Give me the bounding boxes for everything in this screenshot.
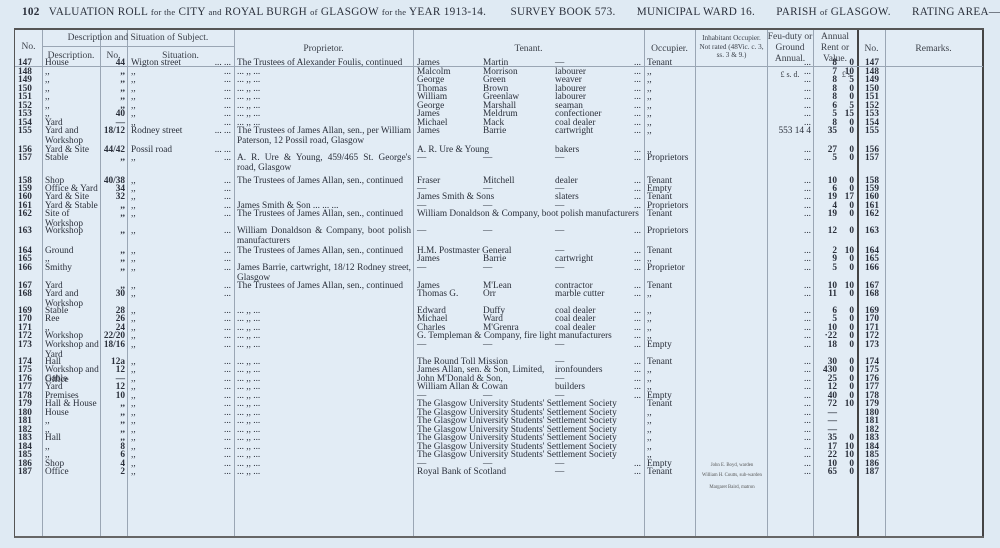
col-desc-group: Description and Situation of Subject. (42, 33, 234, 44)
cell-occ: Proprietor (647, 264, 694, 274)
cell-rent-s: 0 (837, 227, 854, 237)
cell-td: ... (621, 341, 641, 351)
cell-prop: A. R. Ure & Young, 459/465 St. George's … (237, 154, 411, 173)
col-no: No. (15, 42, 42, 53)
cell-no: 163 (18, 227, 40, 237)
cell-td: ... (621, 468, 641, 478)
cell-no: 155 (18, 127, 40, 137)
divider (695, 30, 696, 536)
cell-feu: ... (769, 227, 811, 237)
cell-no2: 157 (860, 154, 884, 164)
cell-td: ... (621, 127, 641, 137)
cell-feu: ... (769, 210, 811, 220)
cell-num: ,, (100, 227, 125, 237)
cell-no: 157 (18, 154, 40, 164)
cell-no2: 163 (860, 227, 884, 237)
divider (42, 30, 43, 536)
municipal-ward: MUNICIPAL WARD 16. (637, 6, 755, 18)
cell-occ: ,, (647, 290, 694, 300)
cell-feu: 553 14 4 (769, 127, 811, 137)
roll-title: VALUATION ROLL for the CITY and ROYAL BU… (49, 6, 490, 18)
cell-t2: — (483, 264, 543, 274)
cell-rent-s: 10 (837, 400, 854, 410)
col-proprietor: Proprietor. (234, 44, 413, 55)
cell-no2: 155 (860, 127, 884, 137)
divider (127, 30, 128, 536)
col-no2: No. (858, 44, 885, 55)
cell-sitd: ... (185, 210, 231, 220)
cell-rent-l: 11 (815, 290, 837, 300)
cell-feu: ... (769, 290, 811, 300)
cell-no: 173 (18, 341, 40, 351)
cell-rent-l: 18 (815, 341, 837, 351)
cell-num: ,, (100, 154, 125, 164)
divider (857, 30, 859, 536)
col-remarks: Remarks. (885, 44, 982, 55)
col-inhabitant: Inhabitant Occupier. Not rated (48Vic. c… (696, 34, 767, 60)
cell-feu: ... (769, 341, 811, 351)
page-header: 102 VALUATION ROLL for the CITY and ROYA… (22, 6, 1000, 18)
cell-rent-l: 65 (815, 468, 837, 478)
cell-no: 166 (18, 264, 40, 274)
cell-no: 162 (18, 210, 40, 220)
cell-no2: 162 (860, 210, 884, 220)
divider (767, 30, 768, 536)
cell-rent-s: 0 (837, 127, 854, 137)
cell-t2: Barrie (483, 127, 543, 137)
cell-sitd: ... (185, 290, 231, 300)
cell-no: 168 (18, 290, 40, 300)
cell-prop: The Trustees of James Allan, sen., conti… (237, 177, 411, 187)
cell-num: 18/16 (100, 341, 125, 351)
cell-sitd: ... (185, 264, 231, 274)
cell-td: ... (621, 227, 641, 237)
cell-no2: 168 (860, 290, 884, 300)
cell-num: 2 (100, 468, 125, 478)
inhabitant-note: Margaret Baird, matron (699, 485, 765, 491)
cell-prop: The Trustees of James Allan, sen., conti… (237, 282, 411, 292)
cell-td: ... (621, 154, 641, 164)
cell-t2: — (483, 154, 543, 164)
divider (982, 30, 984, 536)
cell-prop: The Trustees of James Allan, sen., conti… (237, 210, 411, 220)
cell-sitd: ... (185, 154, 231, 164)
cell-rent-l: 35 (815, 127, 837, 137)
cell-sitd: ... ... (185, 127, 231, 137)
divider (234, 30, 235, 536)
cell-no2: 187 (860, 468, 884, 478)
valuation-table: No. Description and Situation of Subject… (14, 28, 984, 538)
cell-desc: Stable (45, 154, 100, 164)
cell-td: ... (621, 264, 641, 274)
cell-td: ... (621, 290, 641, 300)
cell-no: 187 (18, 468, 40, 478)
cell-rent-l: 12 (815, 227, 837, 237)
col-occupier: Occupier. (644, 44, 695, 55)
divider (413, 30, 414, 536)
col-tenant: Tenant. (413, 44, 644, 55)
cell-no2: 173 (860, 341, 884, 351)
cell-occ: Tenant (647, 468, 694, 478)
cell-t1: William Donaldson & Company, boot polish… (417, 210, 642, 220)
cell-prop: ... ,, ... (237, 341, 411, 351)
cell-rent-s: 0 (837, 264, 854, 274)
divider (885, 30, 886, 536)
inhabitant-note: John E. Boyd, warden (699, 463, 765, 469)
cell-desc: Smithy (45, 264, 100, 274)
cell-num: ,, (100, 264, 125, 274)
divider (644, 30, 645, 536)
cell-feu: ... (769, 264, 811, 274)
cell-t2: — (483, 341, 543, 351)
cell-rent-l: 5 (815, 154, 837, 164)
cell-prop: The Trustees of James Allan, sen., per W… (237, 127, 411, 146)
cell-sitd: ... (185, 341, 231, 351)
cell-desc: Yard and Workshop (45, 127, 100, 146)
cell-rent-s: 0 (837, 468, 854, 478)
cell-sitd: ... (185, 227, 231, 237)
cell-no2: 166 (860, 264, 884, 274)
divider (813, 30, 814, 536)
cell-rent-s: 0 (837, 341, 854, 351)
cell-feu: ... (769, 468, 811, 478)
cell-desc: Office (45, 468, 100, 478)
cell-rent-l: 19 (815, 210, 837, 220)
cell-num: 30 (100, 290, 125, 300)
cell-occ: Proprietors (647, 227, 694, 237)
inhabitant-note: William H. Coutts, sub-warden (699, 473, 765, 479)
cell-prop: ... ,, ... (237, 468, 411, 478)
cell-t2: Orr (483, 290, 543, 300)
cell-rent-s: 0 (837, 210, 854, 220)
cell-prop: William Donaldson & Company, boot polish… (237, 227, 411, 246)
cell-rent-l: 5 (815, 264, 837, 274)
cell-rent-s: 0 (837, 290, 854, 300)
page-number: 102 (22, 6, 40, 18)
cell-num: ,, (100, 210, 125, 220)
cell-sitd: ... (185, 468, 231, 478)
divider (42, 46, 234, 47)
cell-feu: ... (769, 154, 811, 164)
cell-num: 18/12 (100, 127, 125, 137)
cell-t2: — (483, 227, 543, 237)
rating-area: RATING AREA—GLASGOW. (912, 6, 1000, 18)
cell-occ: ,, (647, 127, 694, 137)
cell-prop: The Trustees of James Allan, sen., conti… (237, 247, 411, 257)
cell-occ: Empty (647, 341, 694, 351)
cell-occ: Tenant (647, 210, 694, 220)
cell-occ: Proprietors (647, 154, 694, 164)
cell-rent-s: 0 (837, 154, 854, 164)
survey-book: SURVEY BOOK 573. (511, 6, 616, 18)
cell-desc: Workshop (45, 227, 100, 237)
parish: PARISH of GLASGOW. (776, 6, 891, 18)
